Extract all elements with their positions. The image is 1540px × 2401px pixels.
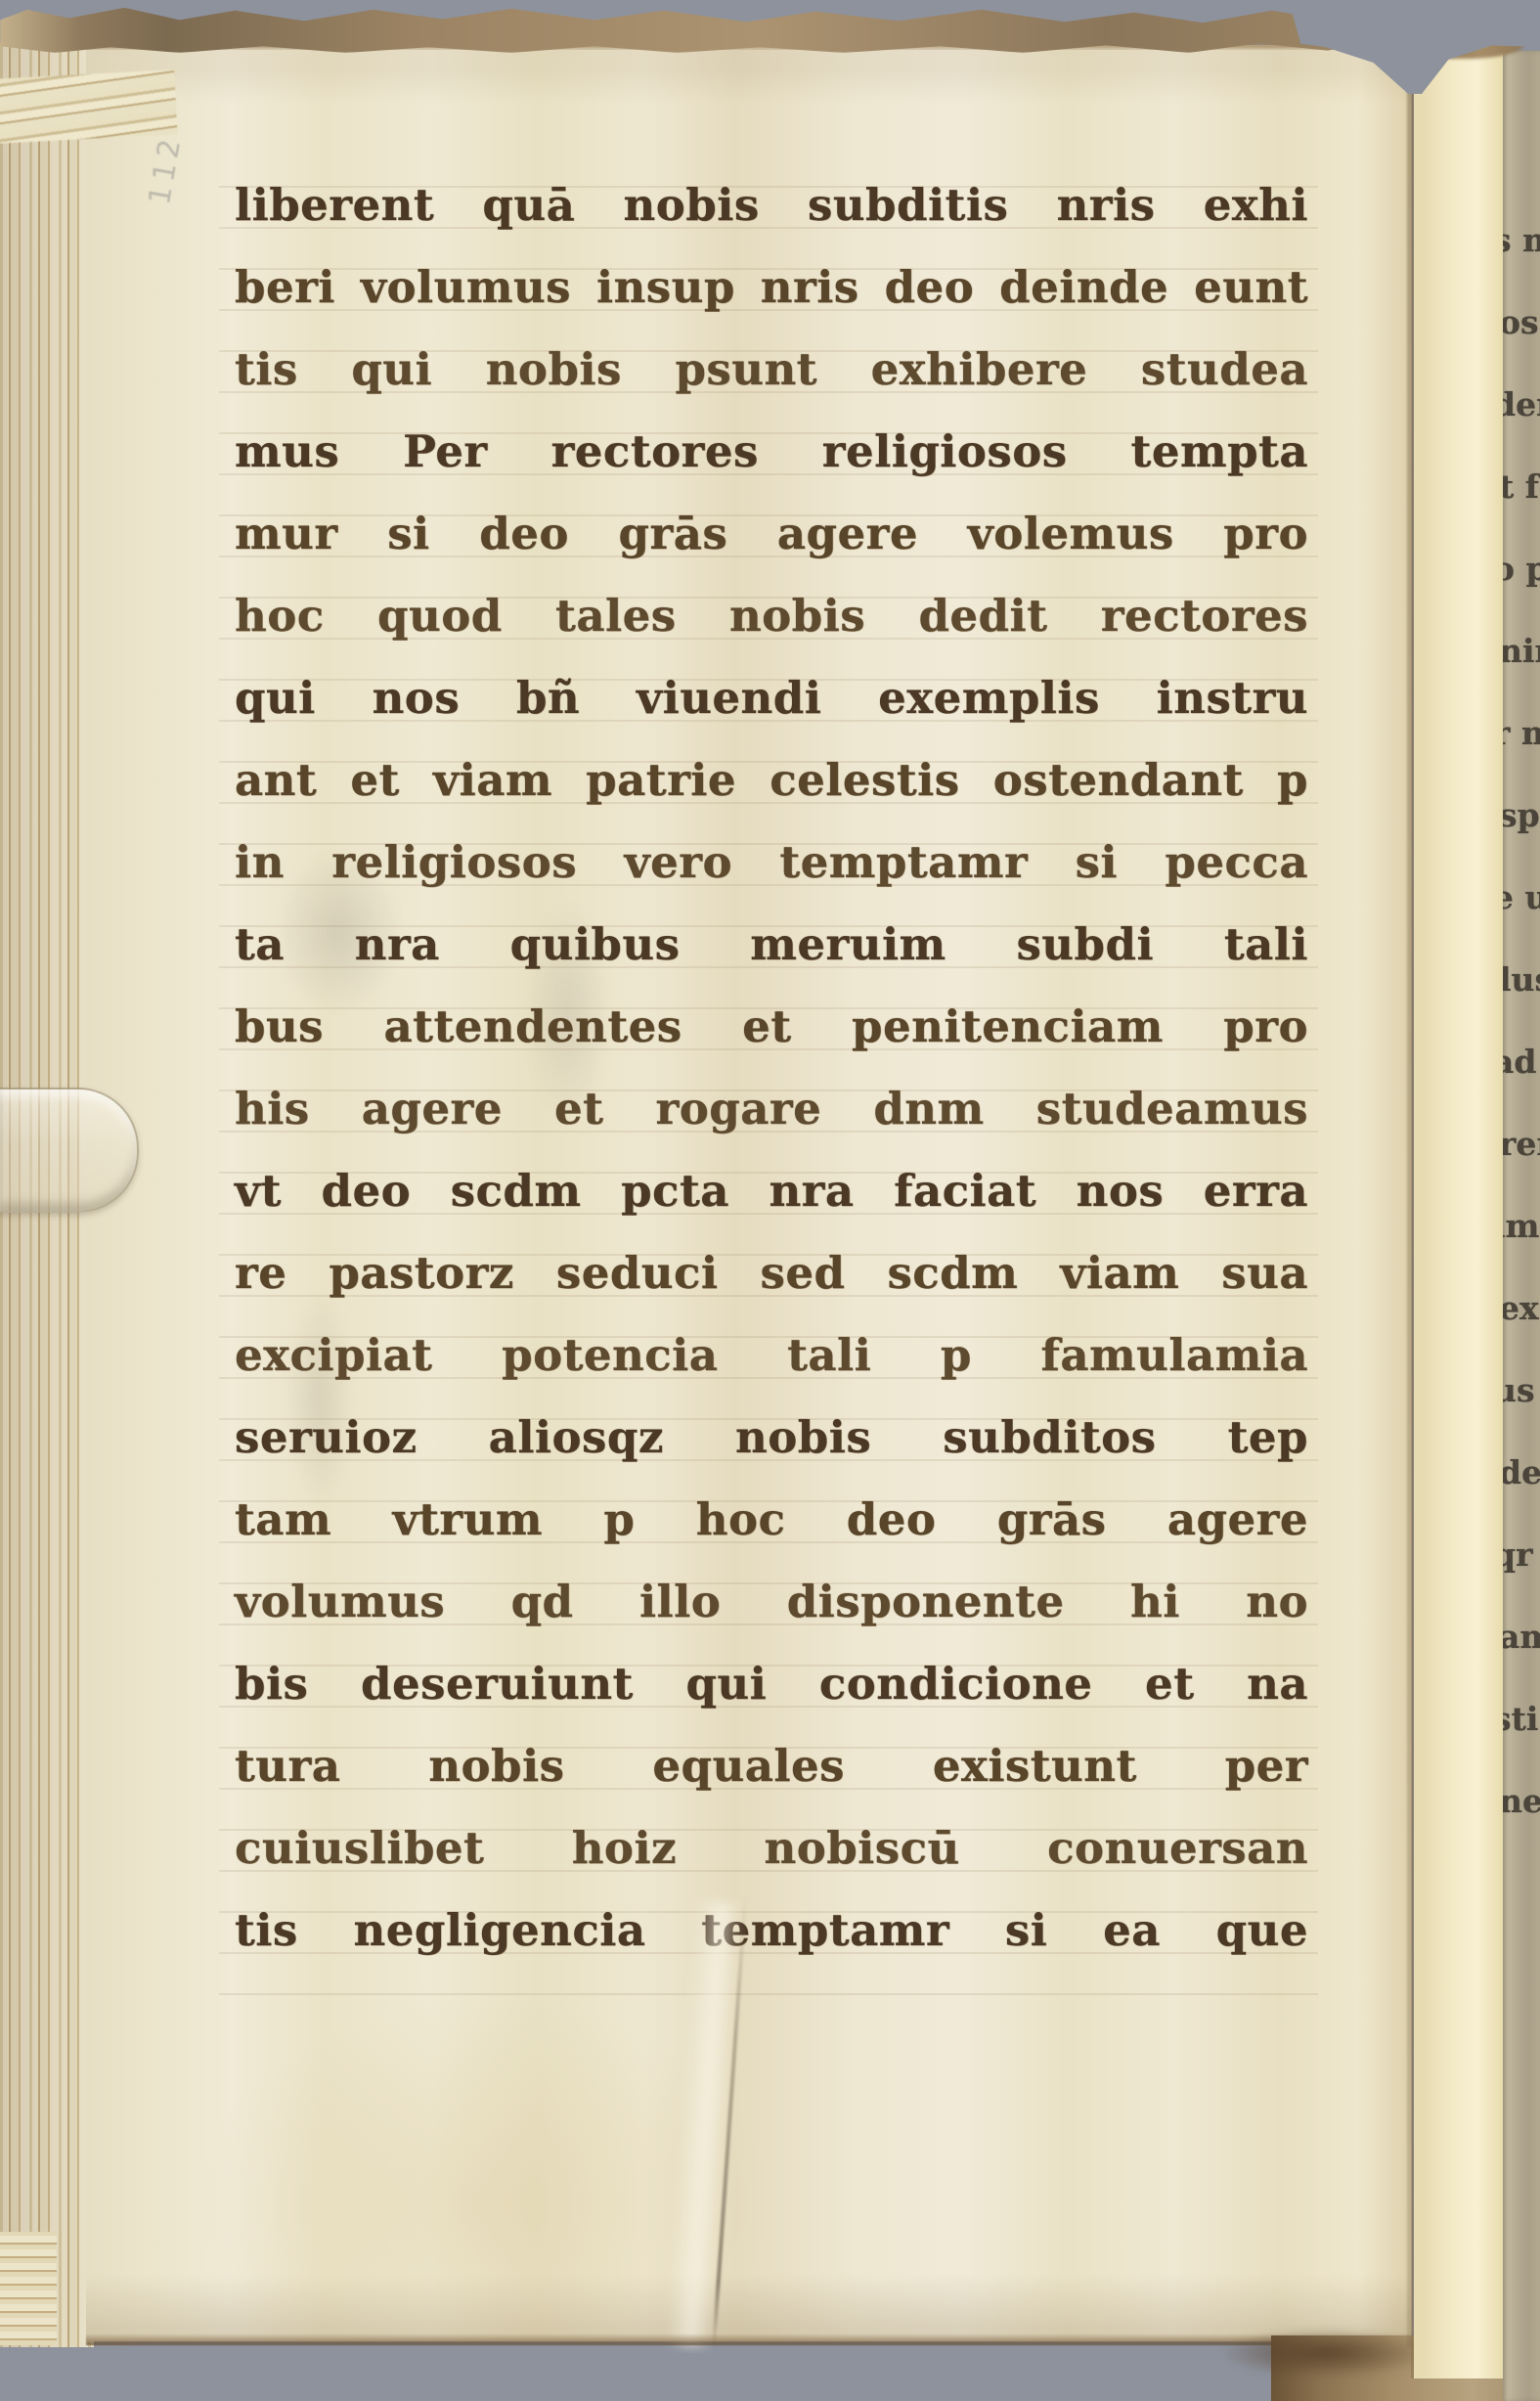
adjacent-text-fragment: am s [1503, 1596, 1536, 1678]
adjacent-text-fragment: os exp [1503, 282, 1536, 364]
adjacent-text-fragment: im p [1503, 1185, 1530, 1267]
manuscript-line: vt deo scdm pcta nra faciat nos erra [235, 1150, 1308, 1232]
adjacent-text-fragment: sti [1503, 1678, 1530, 1760]
manuscript-line: volumus qd illo disponente hi no [235, 1561, 1308, 1643]
adjacent-text-fragment: r ms [1503, 692, 1530, 775]
adjacent-text-fragment: lus [1503, 939, 1536, 1021]
sliver-top-margin [1503, 51, 1540, 200]
adjacent-text-fragment: qr a [1503, 1514, 1530, 1596]
manuscript-line: seruioz aliosqz nobis subditos tep [235, 1397, 1308, 1479]
page-bottom-edge [86, 2334, 1412, 2345]
manuscript-line: cuiuslibet hoiz nobiscū conuersan [235, 1807, 1308, 1890]
adjacent-text-fragment: o ptr [1503, 528, 1530, 610]
manuscript-photo: liberent quā nobis subditis nris exhi be… [0, 0, 1540, 2401]
adjacent-text-fragment: s mq [1503, 200, 1530, 282]
adjacent-text-fragment: rem [1503, 1103, 1536, 1185]
adjacent-text-fragment: t fem [1503, 446, 1536, 528]
manuscript-line: bis deseruiunt qui condicione et na [235, 1643, 1308, 1725]
manuscript-line: tis negligencia temptamr si ea que [235, 1890, 1308, 1972]
adjacent-text-fragment: e um [1503, 857, 1530, 939]
manuscript-line: hoc quod tales nobis dedit rectores [235, 575, 1308, 657]
adjacent-page-sliver: s mq os exp dem t fem o ptr nim r ms spr… [1503, 51, 1540, 2401]
adjacent-text-fragment: spre [1503, 775, 1536, 857]
background-bottom [0, 2343, 1281, 2401]
manuscript-text-block: liberent quā nobis subditis nris exhi be… [235, 164, 1308, 1974]
acrylic-page-clip [0, 1088, 139, 1213]
bottom-left-leaf-edges [0, 2232, 57, 2345]
manuscript-line: mus Per rectores religiosos tempta [235, 411, 1308, 493]
manuscript-line: tis qui nobis psunt exhibere studea [235, 329, 1308, 411]
manuscript-line: tam vtrum p hoc deo grās agere [235, 1479, 1308, 1561]
manuscript-line: tura nobis equales existunt per [235, 1725, 1308, 1807]
manuscript-line: ta nra quibus meruim subdi tali [235, 904, 1308, 986]
adjacent-text-fragment: nim [1503, 610, 1536, 692]
manuscript-line: bus attendentes et penitenciam pro [235, 986, 1308, 1068]
adjacent-text-fragment: us d [1503, 1350, 1530, 1432]
top-left-corner-leaf-edges [0, 69, 178, 144]
manuscript-line: excipiat potencia tali p famulamia [235, 1314, 1308, 1397]
adjacent-text-fragment: ad re [1503, 1021, 1530, 1103]
manuscript-line: beri volumus insup nris deo deinde eunt [235, 246, 1308, 329]
manuscript-line: qui nos bñ viuendi exemplis instru [235, 657, 1308, 739]
manuscript-line: re pastorz seduci sed scdm viam sua [235, 1232, 1308, 1314]
book-top-suede-edge [0, 6, 1383, 53]
manuscript-line: liberent quā nobis subditis nris exhi [235, 164, 1308, 246]
manuscript-line: in religiosos vero temptamr si pecca [235, 822, 1308, 904]
adjacent-text-fragment: ne [1503, 1760, 1536, 1843]
adjacent-text-fragment: ex t [1503, 1267, 1536, 1350]
manuscript-line: his agere et rogare dnm studeamus [235, 1068, 1308, 1150]
adjacent-text-fragment: de m [1503, 1432, 1536, 1514]
manuscript-line: mur si deo grās agere volemus pro [235, 493, 1308, 575]
adjacent-text-fragment: dem [1503, 364, 1530, 446]
bottom-right-edge-shadow [1224, 2330, 1430, 2377]
page-fore-edge-curl [1411, 49, 1503, 2379]
manuscript-line: ant et viam patrie celestis ostendant p [235, 739, 1308, 822]
